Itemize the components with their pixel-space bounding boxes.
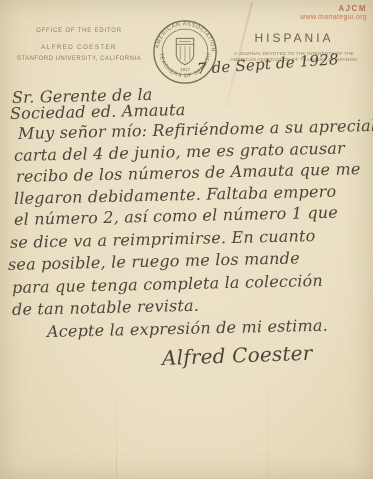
archive-watermark: AJCM www.mariategui.org	[300, 4, 367, 22]
letterhead-editor-name: ALFRED COESTER	[16, 44, 142, 51]
seal-shield-icon	[176, 38, 193, 64]
scanned-letter-page: AJCM www.mariategui.org OFFICE OF THE ED…	[0, 0, 373, 479]
handwritten-line-recipient2: Sociedad ed. Amauta	[10, 100, 186, 123]
archive-watermark-acronym: AJCM	[300, 4, 367, 13]
journal-title: HISPANIA	[220, 31, 368, 45]
archive-watermark-url: www.mariategui.org	[300, 13, 367, 22]
handwritten-signature: Alfred Coester	[162, 341, 313, 370]
letterhead-office-line: OFFICE OF THE EDITOR	[16, 28, 142, 34]
handwritten-closing: Acepte la expresión de mi estima.	[47, 316, 328, 341]
handwritten-line-body: para que tenga completa la colección	[12, 271, 323, 297]
paper-crease	[116, 370, 117, 479]
seal-year: 1917	[180, 67, 190, 72]
paper-crease	[268, 360, 269, 479]
letterhead-university-line: STANFORD UNIVERSITY, CALIFORNIA	[16, 56, 142, 62]
handwritten-line-body: de tan notable revista.	[12, 296, 200, 319]
letterhead-left-block: OFFICE OF THE EDITOR ALFRED COESTER STAN…	[16, 28, 142, 62]
handwritten-line-body: sea posible, le ruego me los mande	[8, 248, 300, 274]
